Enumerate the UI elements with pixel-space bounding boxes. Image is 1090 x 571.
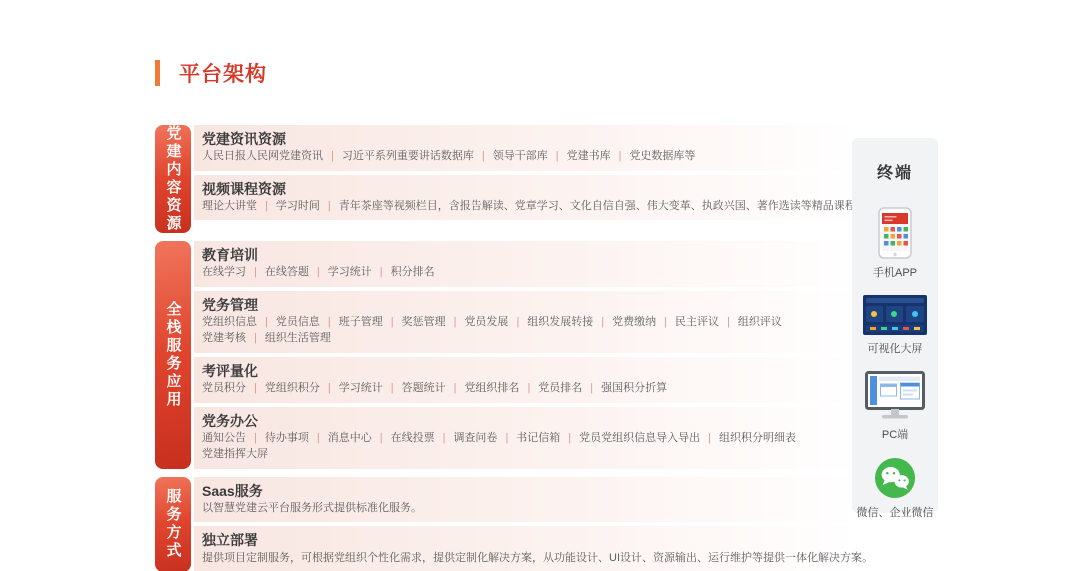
section-rail: 全栈服务应用 [155,241,191,469]
item-separator: | [380,266,383,278]
feature-item: 提供项目定制服务，可根据党组织个性化需求，提供定制化解决方案，从功能设计、UI设… [202,552,873,564]
feature-item: 党史数据库等 [629,150,695,162]
feature-item: 习近平系列重要讲话数据库 [342,150,474,162]
feature-row-title: 教育培训 [202,246,839,264]
feature-row: Saas服务 以智慧党建云平台服务形式提供标准化服务。 [194,477,847,523]
section-rail: 服务方式 [155,477,191,571]
section-rail-label: 全栈服务应用 [163,301,184,409]
feature-item: 党员排名 [538,382,582,394]
item-separator: | [380,432,383,444]
feature-row: 教育培训 在线学习|在线答题|学习统计|积分排名 [194,241,847,287]
feature-row: 党务管理 党组织信息|党员信息|班子管理|奖惩管理|党员发展|组织发展转接|党费… [194,291,847,353]
feature-items: 提供项目定制服务，可根据党组织个性化需求，提供定制化解决方案，从功能设计、UI设… [202,550,839,567]
feature-row: 党务办公 通知公告|待办事项|消息中心|在线投票|调查问卷|书记信箱|党员党组织… [194,407,847,469]
feature-line: 提供项目定制服务，可根据党组织个性化需求，提供定制化解决方案，从功能设计、UI设… [202,550,839,567]
item-separator: | [664,316,667,328]
page-header: 平台架构 [155,58,267,88]
feature-line: 在线学习|在线答题|学习统计|积分排名 [202,264,839,281]
item-separator: | [601,316,604,328]
feature-item: 党建考核 [202,332,246,344]
architecture-sections: 党建内容资源 党建资讯资源 人民日报人民网党建资讯|习近平系列重要讲话数据库|领… [155,125,847,571]
terminal-panel: 终端 手机APP [852,138,938,513]
feature-item: 通知公告 [202,432,246,444]
feature-item: 组织积分明细表 [719,432,796,444]
feature-item: 积分排名 [391,266,435,278]
feature-item: 班子管理 [339,316,383,328]
feature-items: 党员积分|党组织积分|学习统计|答题统计|党组织排名|党员排名|强国积分折算 [202,380,839,397]
item-separator: | [265,316,268,328]
item-separator: | [331,150,334,162]
wechat-icon [874,457,916,499]
feature-item: 党员发展 [464,316,508,328]
feature-row: 考评量化 党员积分|党组织积分|学习统计|答题统计|党组织排名|党员排名|强国积… [194,357,847,403]
feature-row-title: 独立部署 [202,531,839,549]
section-service-modes: 服务方式 Saas服务 以智慧党建云平台服务形式提供标准化服务。 独立部署 提供… [155,477,847,571]
feature-item: 党组织信息 [202,316,257,328]
feature-items: 在线学习|在线答题|学习统计|积分排名 [202,264,839,281]
feature-row: 视频课程资源 理论大讲堂|学习时间|青年茶座等视频栏目，含报告解读、党章学习、文… [194,175,847,221]
feature-line: 党建指挥大屏 [202,446,839,463]
item-separator: | [265,200,268,212]
feature-item: 组织生活管理 [265,332,331,344]
feature-item: 学习统计 [328,266,372,278]
item-separator: | [482,150,485,162]
terminal-item-label: PC端 [882,426,908,442]
item-separator: | [454,382,457,394]
item-separator: | [527,382,530,394]
item-separator: | [317,266,320,278]
feature-item: 学习统计 [339,382,383,394]
item-separator: | [454,316,457,328]
page-title: 平台架构 [179,58,267,88]
terminal-item-mobile-app: 手机APP [873,207,917,280]
feature-line: 以智慧党建云平台服务形式提供标准化服务。 [202,500,839,517]
item-separator: | [328,382,331,394]
feature-items: 党组织信息|党员信息|班子管理|奖惩管理|党员发展|组织发展转接|党费缴纳|民主… [202,314,839,347]
item-separator: | [391,382,394,394]
feature-item: 消息中心 [328,432,372,444]
feature-item: 人民日报人民网党建资讯 [202,150,323,162]
feature-items: 通知公告|待办事项|消息中心|在线投票|调查问卷|书记信箱|党员党组织信息导入导… [202,430,839,463]
feature-item: 党员积分 [202,382,246,394]
feature-item: 在线学习 [202,266,246,278]
pc-monitor-icon [865,371,925,421]
terminal-item-label: 可视化大屏 [868,340,923,356]
item-separator: | [505,432,508,444]
platform-architecture-page: 平台架构 党建内容资源 党建资讯资源 人民日报人民网党建资讯|习近平系列重要讲话… [0,0,1090,571]
feature-row-title: Saas服务 [202,482,839,500]
feature-item: 书记信箱 [516,432,560,444]
feature-row: 独立部署 提供项目定制服务，可根据党组织个性化需求，提供定制化解决方案，从功能设… [194,526,847,571]
feature-line: 理论大讲堂|学习时间|青年茶座等视频栏目，含报告解读、党章学习、文化自信自强、伟… [202,198,839,215]
terminal-item-wechat: 微信、企业微信 [857,457,934,520]
feature-row-title: 党务办公 [202,412,839,430]
terminal-item-pc: PC端 [865,371,925,442]
terminal-item-label: 手机APP [873,264,917,280]
section-rows: 教育培训 在线学习|在线答题|学习统计|积分排名 党务管理 党组织信息|党员信息… [194,241,847,469]
feature-item: 青年茶座等视频栏目，含报告解读、党章学习、文化自信自强、伟大变革、执政兴国、著作… [339,200,878,212]
feature-line: 党员积分|党组织积分|学习统计|答题统计|党组织排名|党员排名|强国积分折算 [202,380,839,397]
item-separator: | [619,150,622,162]
feature-row-title: 党建资讯资源 [202,130,839,148]
feature-items: 以智慧党建云平台服务形式提供标准化服务。 [202,500,839,517]
feature-item: 在线投票 [391,432,435,444]
feature-item: 党员信息 [276,316,320,328]
item-separator: | [556,150,559,162]
section-rail-label: 党建内容资源 [163,125,184,233]
terminal-item-label: 微信、企业微信 [857,504,934,520]
feature-item: 党建书库 [567,150,611,162]
feature-item: 党费缴纳 [612,316,656,328]
feature-item: 党员党组织信息导入导出 [579,432,700,444]
feature-item: 奖惩管理 [402,316,446,328]
feature-item: 领导干部库 [493,150,548,162]
feature-item: 组织发展转接 [527,316,593,328]
feature-item: 在线答题 [265,266,309,278]
feature-line: 党建考核|组织生活管理 [202,330,839,347]
feature-item: 民主评议 [675,316,719,328]
feature-row-title: 考评量化 [202,362,839,380]
item-separator: | [317,432,320,444]
feature-row: 党建资讯资源 人民日报人民网党建资讯|习近平系列重要讲话数据库|领导干部库|党建… [194,125,847,171]
item-separator: | [254,266,257,278]
mobile-app-icon [878,207,912,259]
item-separator: | [590,382,593,394]
feature-items: 理论大讲堂|学习时间|青年茶座等视频栏目，含报告解读、党章学习、文化自信自强、伟… [202,198,839,215]
feature-item: 调查问卷 [453,432,497,444]
item-separator: | [568,432,571,444]
item-separator: | [254,382,257,394]
section-rows: Saas服务 以智慧党建云平台服务形式提供标准化服务。 独立部署 提供项目定制服… [194,477,847,571]
feature-row-title: 视频课程资源 [202,180,839,198]
feature-item: 理论大讲堂 [202,200,257,212]
item-separator: | [443,432,446,444]
feature-items: 人民日报人民网党建资讯|习近平系列重要讲话数据库|领导干部库|党建书库|党史数据… [202,148,839,165]
item-separator: | [516,316,519,328]
section-rail: 党建内容资源 [155,125,191,233]
feature-item: 学习时间 [276,200,320,212]
item-separator: | [727,316,730,328]
feature-item: 以智慧党建云平台服务形式提供标准化服务。 [202,502,422,514]
feature-item: 答题统计 [402,382,446,394]
feature-item: 组织评议 [738,316,782,328]
title-accent-bar [155,60,160,86]
visualization-screen-icon [863,295,927,335]
item-separator: | [328,200,331,212]
item-separator: | [328,316,331,328]
section-full-stack-services: 全栈服务应用 教育培训 在线学习|在线答题|学习统计|积分排名 党务管理 党组织… [155,241,847,469]
feature-line: 人民日报人民网党建资讯|习近平系列重要讲话数据库|领导干部库|党建书库|党史数据… [202,148,839,165]
item-separator: | [708,432,711,444]
item-separator: | [254,432,257,444]
feature-item: 强国积分折算 [601,382,667,394]
feature-line: 通知公告|待办事项|消息中心|在线投票|调查问卷|书记信箱|党员党组织信息导入导… [202,430,839,447]
item-separator: | [391,316,394,328]
terminal-item-visualization-screen: 可视化大屏 [863,295,927,356]
feature-item: 党建指挥大屏 [202,448,268,460]
feature-item: 待办事项 [265,432,309,444]
section-rows: 党建资讯资源 人民日报人民网党建资讯|习近平系列重要讲话数据库|领导干部库|党建… [194,125,847,233]
feature-line: 党组织信息|党员信息|班子管理|奖惩管理|党员发展|组织发展转接|党费缴纳|民主… [202,314,839,331]
feature-item: 党组织积分 [265,382,320,394]
feature-row-title: 党务管理 [202,296,839,314]
section-rail-label: 服务方式 [163,488,184,560]
feature-item: 党组织排名 [464,382,519,394]
terminal-panel-title: 终端 [877,160,913,183]
section-party-content-resources: 党建内容资源 党建资讯资源 人民日报人民网党建资讯|习近平系列重要讲话数据库|领… [155,125,847,233]
item-separator: | [254,332,257,344]
